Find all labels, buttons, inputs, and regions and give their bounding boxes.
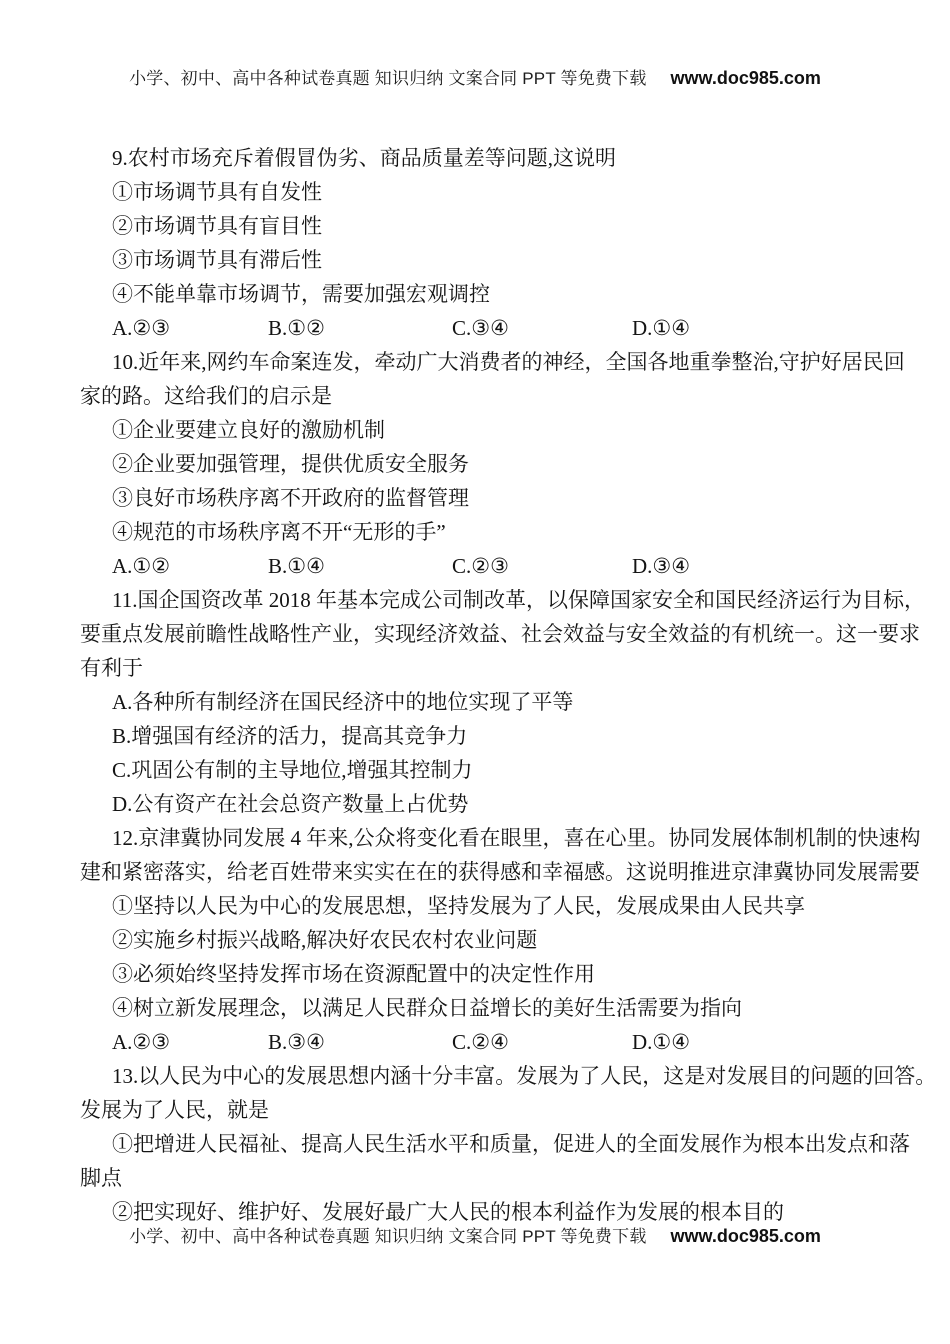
text-line: ③良好市场秩序离不开政府的监督管理 <box>80 481 870 515</box>
text-line: ①企业要建立良好的激励机制 <box>80 413 870 447</box>
page-footer: 小学、初中、高中各种试卷真题 知识归纳 文案合同 PPT 等免费下载www.do… <box>0 1226 950 1247</box>
question-12: 12.京津冀协同发展 4 年来,公众将变化看在眼里，喜在心里。协同发展体制机制的… <box>80 821 870 1059</box>
option-c: C.②④ <box>452 1025 509 1059</box>
question-10: 10.近年来,网约车命案连发，牵动广大消费者的神经，全国各地重拳整治,守护好居民… <box>80 345 870 583</box>
text-line: 家的路。这给我们的启示是 <box>80 379 870 413</box>
text-line: 发展为了人民，就是 <box>80 1093 870 1127</box>
text-line: 13.以人民为中心的发展思想内涵十分丰富。发展为了人民，这是对发展目的问题的回答… <box>80 1059 870 1093</box>
text-line: B.增强国有经济的活力，提高其竞争力 <box>80 719 870 753</box>
header-site-url: www.doc985.com <box>671 68 821 88</box>
footer-site-url: www.doc985.com <box>671 1226 821 1246</box>
text-line: ③必须始终坚持发挥市场在资源配置中的决定性作用 <box>80 957 870 991</box>
text-line: ①市场调节具有自发性 <box>80 175 870 209</box>
question-11: 11.国企国资改革 2018 年基本完成公司制改革，以保障国家安全和国民经济运行… <box>80 583 870 821</box>
option-a: A.①② <box>112 549 170 583</box>
text-line: 9.农村市场充斥着假冒伪劣、商品质量差等问题,这说明 <box>80 141 870 175</box>
option-a: A.②③ <box>112 1025 170 1059</box>
text-line: C.巩固公有制的主导地位,增强其控制力 <box>80 753 870 787</box>
text-line: 12.京津冀协同发展 4 年来,公众将变化看在眼里，喜在心里。协同发展体制机制的… <box>80 821 870 855</box>
text-line: 建和紧密落实，给老百姓带来实实在在的获得感和幸福感。这说明推进京津冀协同发展需要 <box>80 855 870 889</box>
text-line: ③市场调节具有滞后性 <box>80 243 870 277</box>
text-line: 脚点 <box>80 1161 870 1195</box>
text-line: ④不能单靠市场调节，需要加强宏观调控 <box>80 277 870 311</box>
answer-options-row: A.②③B.①②C.③④D.①④ <box>80 311 870 345</box>
text-line: ④规范的市场秩序离不开“无形的手” <box>80 515 870 549</box>
text-line: D.公有资产在社会总资产数量上占优势 <box>80 787 870 821</box>
text-line: 有利于 <box>80 651 870 685</box>
option-a: A.②③ <box>112 311 170 345</box>
header-promo-text: 小学、初中、高中各种试卷真题 知识归纳 文案合同 PPT 等免费下载 <box>129 69 646 88</box>
answer-options-row: A.①②B.①④C.②③D.③④ <box>80 549 870 583</box>
question-9: 9.农村市场充斥着假冒伪劣、商品质量差等问题,这说明①市场调节具有自发性②市场调… <box>80 141 870 345</box>
text-line: ①把增进人民福祉、提高人民生活水平和质量，促进人的全面发展作为根本出发点和落 <box>80 1127 870 1161</box>
text-line: 要重点发展前瞻性战略性产业，实现经济效益、社会效益与安全效益的有机统一。这一要求 <box>80 617 870 651</box>
text-line: ①坚持以人民为中心的发展思想，坚持发展为了人民，发展成果由人民共享 <box>80 889 870 923</box>
text-line: ④树立新发展理念，以满足人民群众日益增长的美好生活需要为指向 <box>80 991 870 1025</box>
option-b: B.①④ <box>268 549 325 583</box>
text-line: ②市场调节具有盲目性 <box>80 209 870 243</box>
option-c: C.③④ <box>452 311 509 345</box>
text-line: 10.近年来,网约车命案连发，牵动广大消费者的神经，全国各地重拳整治,守护好居民… <box>80 345 870 379</box>
option-d: D.③④ <box>632 549 690 583</box>
footer-promo-text: 小学、初中、高中各种试卷真题 知识归纳 文案合同 PPT 等免费下载 <box>129 1227 646 1246</box>
option-b: B.①② <box>268 311 325 345</box>
question-13: 13.以人民为中心的发展思想内涵十分丰富。发展为了人民，这是对发展目的问题的回答… <box>80 1059 870 1229</box>
page-header: 小学、初中、高中各种试卷真题 知识归纳 文案合同 PPT 等免费下载www.do… <box>0 68 950 89</box>
text-line: ②企业要加强管理，提供优质安全服务 <box>80 447 870 481</box>
text-line: 11.国企国资改革 2018 年基本完成公司制改革，以保障国家安全和国民经济运行… <box>80 583 870 617</box>
answer-options-row: A.②③B.③④C.②④D.①④ <box>80 1025 870 1059</box>
text-line: ②实施乡村振兴战略,解决好农民农村农业问题 <box>80 923 870 957</box>
document-page: 小学、初中、高中各种试卷真题 知识归纳 文案合同 PPT 等免费下载www.do… <box>0 0 950 1344</box>
text-line: A.各种所有制经济在国民经济中的地位实现了平等 <box>80 685 870 719</box>
option-b: B.③④ <box>268 1025 325 1059</box>
option-c: C.②③ <box>452 549 509 583</box>
text-line: ②把实现好、维护好、发展好最广大人民的根本利益作为发展的根本目的 <box>80 1195 870 1229</box>
option-d: D.①④ <box>632 1025 690 1059</box>
questions-area: 9.农村市场充斥着假冒伪劣、商品质量差等问题,这说明①市场调节具有自发性②市场调… <box>80 141 870 1229</box>
option-d: D.①④ <box>632 311 690 345</box>
